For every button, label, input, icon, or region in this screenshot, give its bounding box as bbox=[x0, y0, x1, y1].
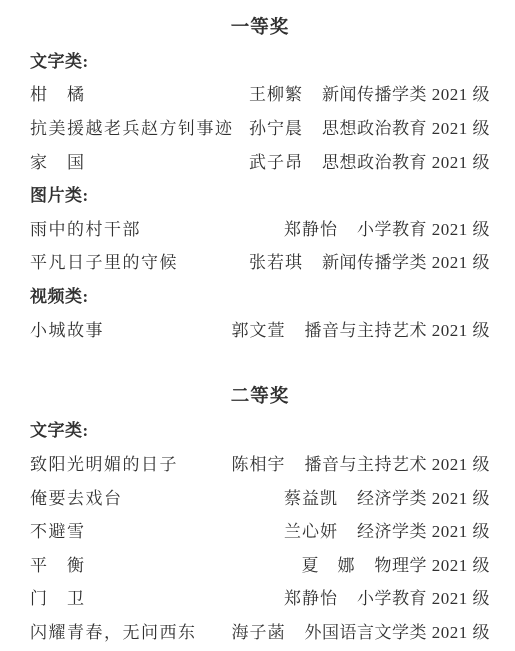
author-name: 兰心妍 bbox=[284, 517, 338, 542]
author-major: 播音与主持艺术 2021 级 bbox=[305, 316, 491, 341]
work-title: 致阳光明媚的日子 bbox=[30, 450, 178, 475]
author-name: 郭文萱 bbox=[232, 316, 286, 341]
author-major: 思想政治教育 2021 级 bbox=[322, 114, 490, 139]
award-entry: 致阳光明媚的日子 陈相宇 播音与主持艺术 2021 级 bbox=[30, 446, 490, 480]
author-major: 经济学类 2021 级 bbox=[357, 517, 490, 542]
author-name: 海子菡 bbox=[232, 618, 286, 643]
section-spacer bbox=[30, 345, 490, 379]
entry-right-part: 郭文萱 播音与主持艺术 2021 级 bbox=[232, 316, 491, 341]
award-entry: 平 衡 夏 娜 物理学 2021 级 bbox=[30, 547, 490, 581]
award-entry: 闪耀青春，无问西东 海子菡 外国语言文学类 2021 级 bbox=[30, 614, 490, 648]
entry-right-part: 陈相宇 播音与主持艺术 2021 级 bbox=[232, 450, 491, 475]
author-major: 新闻传播学类 2021 级 bbox=[322, 248, 490, 273]
author-name: 夏 娜 bbox=[302, 551, 356, 576]
category-label-line: 文字类: bbox=[30, 43, 490, 77]
entry-right-part: 王柳繁 新闻传播学类 2021 级 bbox=[249, 80, 490, 105]
author-major: 小学教育 2021 级 bbox=[357, 215, 490, 240]
award-entry: 不避雪 兰心妍 经济学类 2021 级 bbox=[30, 513, 490, 547]
award-document-page: 一等奖 文字类: 柑 橘 王柳繁 新闻传播学类 2021 级 抗美援越老兵赵方钊… bbox=[0, 0, 515, 651]
entry-right-part: 海子菡 外国语言文学类 2021 级 bbox=[232, 618, 491, 643]
work-title: 不避雪 bbox=[30, 517, 86, 542]
author-name: 陈相宇 bbox=[232, 450, 286, 475]
work-title: 小城故事 bbox=[30, 316, 104, 341]
award-entry: 抗美援越老兵赵方钊事迹 孙宁晨 思想政治教育 2021 级 bbox=[30, 110, 490, 144]
category-label: 文字类: bbox=[30, 416, 89, 441]
entry-right-part: 郑静怡 小学教育 2021 级 bbox=[284, 215, 490, 240]
award-entry: 俺要去戏台 蔡益凯 经济学类 2021 级 bbox=[30, 479, 490, 513]
category-label-line: 图片类: bbox=[30, 177, 490, 211]
award-entry: 雨中的村干部 郑静怡 小学教育 2021 级 bbox=[30, 211, 490, 245]
author-major: 物理学 2021 级 bbox=[375, 551, 491, 576]
entry-right-part: 郑静怡 小学教育 2021 级 bbox=[284, 584, 490, 609]
author-major: 思想政治教育 2021 级 bbox=[322, 148, 490, 173]
entry-right-part: 张若琪 新闻传播学类 2021 级 bbox=[249, 248, 490, 273]
entry-right-part: 孙宁晨 思想政治教育 2021 级 bbox=[249, 114, 490, 139]
author-name: 蔡益凯 bbox=[284, 484, 338, 509]
work-title: 雨中的村干部 bbox=[30, 215, 141, 240]
category-label-line: 文字类: bbox=[30, 412, 490, 446]
award-entry: 家 国 武子昂 思想政治教育 2021 级 bbox=[30, 143, 490, 177]
section-title: 一等奖 bbox=[231, 13, 290, 39]
work-title: 抗美援越老兵赵方钊事迹 bbox=[30, 114, 234, 139]
author-major: 经济学类 2021 级 bbox=[357, 484, 490, 509]
work-title: 门 卫 bbox=[30, 584, 86, 609]
work-title: 柑 橘 bbox=[30, 80, 86, 105]
award-entry: 平凡日子里的守候 张若琪 新闻传播学类 2021 级 bbox=[30, 244, 490, 278]
author-name: 郑静怡 bbox=[284, 215, 338, 240]
section-title: 二等奖 bbox=[231, 382, 290, 408]
category-label: 图片类: bbox=[30, 181, 89, 206]
section-first-prize-heading-line: 一等奖 bbox=[30, 9, 490, 43]
work-title: 俺要去戏台 bbox=[30, 484, 123, 509]
author-major: 外国语言文学类 2021 级 bbox=[305, 618, 491, 643]
author-name: 武子昂 bbox=[249, 148, 303, 173]
award-entry: 小城故事 郭文萱 播音与主持艺术 2021 级 bbox=[30, 311, 490, 345]
work-title: 平 衡 bbox=[30, 551, 86, 576]
author-major: 新闻传播学类 2021 级 bbox=[322, 80, 490, 105]
work-title: 家 国 bbox=[30, 148, 86, 173]
author-name: 张若琪 bbox=[249, 248, 303, 273]
award-entry: 柑 橘 王柳繁 新闻传播学类 2021 级 bbox=[30, 76, 490, 110]
author-major: 播音与主持艺术 2021 级 bbox=[305, 450, 491, 475]
section-second-prize-heading-line: 二等奖 bbox=[30, 379, 490, 413]
category-label-line: 视频类: bbox=[30, 278, 490, 312]
author-name: 郑静怡 bbox=[284, 584, 338, 609]
work-title: 平凡日子里的守候 bbox=[30, 248, 178, 273]
category-label: 视频类: bbox=[30, 282, 89, 307]
author-name: 王柳繁 bbox=[249, 80, 303, 105]
category-label: 文字类: bbox=[30, 47, 89, 72]
author-name: 孙宁晨 bbox=[249, 114, 303, 139]
work-title: 闪耀青春，无问西东 bbox=[30, 618, 197, 643]
entry-right-part: 武子昂 思想政治教育 2021 级 bbox=[249, 148, 490, 173]
author-major: 小学教育 2021 级 bbox=[357, 584, 490, 609]
entry-right-part: 兰心妍 经济学类 2021 级 bbox=[284, 517, 490, 542]
entry-right-part: 蔡益凯 经济学类 2021 级 bbox=[284, 484, 490, 509]
award-entry: 门 卫 郑静怡 小学教育 2021 级 bbox=[30, 580, 490, 614]
entry-right-part: 夏 娜 物理学 2021 级 bbox=[302, 551, 491, 576]
